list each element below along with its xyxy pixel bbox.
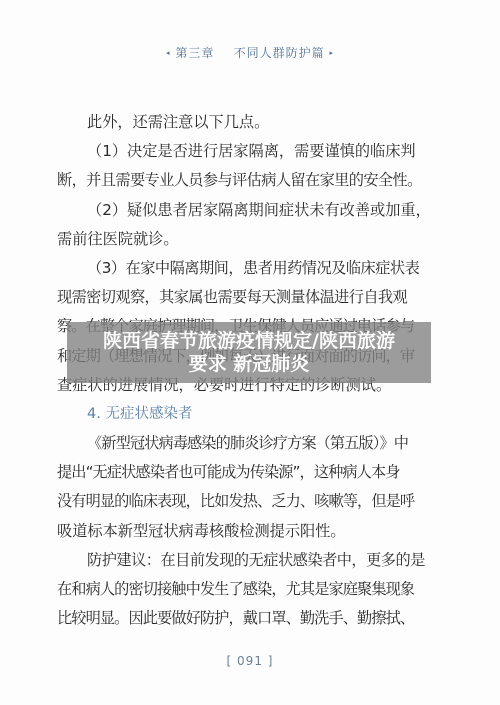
paragraph-line: （2）疑似患者居家隔离期间症状未有改善或加重， [57,196,445,225]
paragraph-line: 没有明显的临床表现，比如发热、乏力、咳嗽等，但是呼 [57,487,445,516]
paragraph-line: 此外，还需注意以下几点。 [57,108,445,137]
overlay-title-line-1: 陕西省春节旅游疫情规定/陕西旅游 [103,330,395,353]
right-triangle-icon: ▸ [329,49,334,57]
overlay-title-line-2: 要求 新冠肺炎 [189,353,310,376]
paragraph-line: 《新型冠状病毒感染的肺炎诊疗方案（第五版）》中 [57,429,445,458]
section-heading: 4. 无症状感染者 [57,400,445,429]
paragraph-line: 需前往医院就诊。 [57,225,445,254]
paragraph-line: 比较明显。因此要做好防护，戴口罩、勤洗手、勤擦拭、 [57,604,445,633]
paragraph-line: 吸道标本新型冠状病毒核酸检测提示阳性。 [57,517,445,546]
paragraph-line: 断，并且需要专业人员参与评估病人留在家里的安全性。 [57,166,445,195]
chapter-title: 不同人群防护篇 [234,46,325,60]
paragraph-line: 防护建议：在目前发现的无症状感染者中，更多的是 [57,546,445,575]
paragraph-line: 在和病人的密切接触中发生了感染，尤其是家庭聚集现象 [57,575,445,604]
page-number: [ 091 ] [0,654,500,668]
document-page: ◂ 第三章 不同人群防护篇 ▸ 此外，还需注意以下几点。 （1）决定是否进行居家… [0,0,500,705]
paragraph-line: 提出“无症状感染者也可能成为传染源”，这种病人本身 [57,458,445,487]
paragraph-line: （3）在家中隔离期间，患者用药情况及临床症状表 [57,254,445,283]
paragraph-line: 现需密切观察，其家属也需要每天测量体温进行自我观 [57,283,445,312]
paragraph-line: （1）决定是否进行居家隔离，需要谨慎的临床判 [57,137,445,166]
chapter-number: 第三章 [175,46,214,60]
running-head: ◂ 第三章 不同人群防护篇 ▸ [0,44,500,61]
title-overlay-banner: 陕西省春节旅游疫情规定/陕西旅游 要求 新冠肺炎 [67,322,431,383]
left-triangle-icon: ◂ [166,49,171,57]
